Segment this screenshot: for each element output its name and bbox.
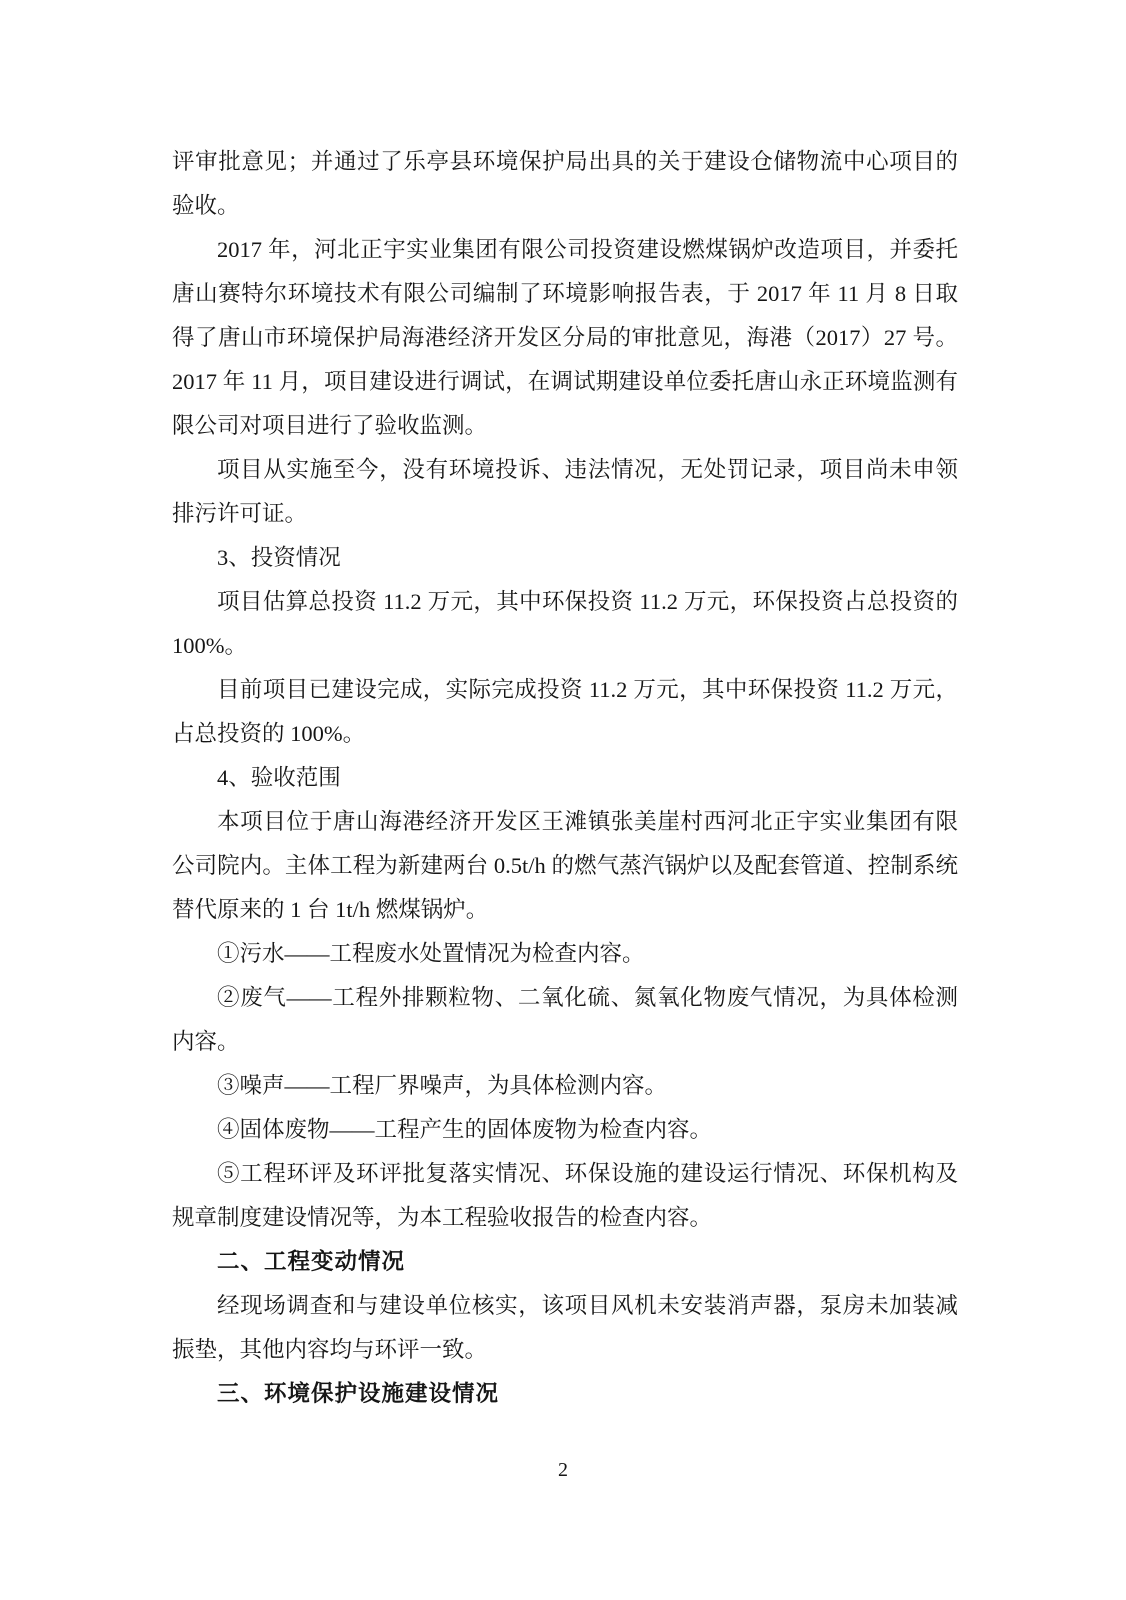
paragraph: 本项目位于唐山海港经济开发区王滩镇张美崖村西河北正宇实业集团有限公司院内。主体工… xyxy=(172,800,958,932)
paragraph: 项目估算总投资 11.2 万元，其中环保投资 11.2 万元，环保投资占总投资的… xyxy=(172,580,958,668)
paragraph: 评审批意见；并通过了乐亭县环境保护局出具的关于建设仓储物流中心项目的验收。 xyxy=(172,140,958,228)
paragraph: ⑤工程环评及环评批复落实情况、环保设施的建设运行情况、环保机构及规章制度建设情况… xyxy=(172,1152,958,1240)
page-number: 2 xyxy=(558,1459,568,1481)
paragraph: 目前项目已建设完成，实际完成投资 11.2 万元，其中环保投资 11.2 万元，… xyxy=(172,668,958,756)
paragraph: 二、工程变动情况 xyxy=(172,1240,958,1284)
paragraph: ①污水——工程废水处置情况为检查内容。 xyxy=(172,932,958,976)
paragraph: 4、验收范围 xyxy=(172,756,958,800)
paragraph: 经现场调查和与建设单位核实，该项目风机未安装消声器，泵房未加装减振垫，其他内容均… xyxy=(172,1284,958,1372)
paragraph: 三、环境保护设施建设情况 xyxy=(172,1372,958,1416)
paragraph: ②废气——工程外排颗粒物、二氧化硫、氮氧化物废气情况，为具体检测内容。 xyxy=(172,976,958,1064)
document-page: 评审批意见；并通过了乐亭县环境保护局出具的关于建设仓储物流中心项目的验收。201… xyxy=(0,0,1126,1600)
paragraph: 项目从实施至今，没有环境投诉、违法情况，无处罚记录，项目尚未申领排污许可证。 xyxy=(172,448,958,536)
page-text-block: 评审批意见；并通过了乐亭县环境保护局出具的关于建设仓储物流中心项目的验收。201… xyxy=(172,140,958,1416)
paragraph: ③噪声——工程厂界噪声，为具体检测内容。 xyxy=(172,1064,958,1108)
paragraph: 2017 年，河北正宇实业集团有限公司投资建设燃煤锅炉改造项目，并委托唐山赛特尔… xyxy=(172,228,958,448)
paragraph: ④固体废物——工程产生的固体废物为检查内容。 xyxy=(172,1108,958,1152)
page-footer: 2 xyxy=(0,1458,1126,1482)
paragraph: 3、投资情况 xyxy=(172,536,958,580)
